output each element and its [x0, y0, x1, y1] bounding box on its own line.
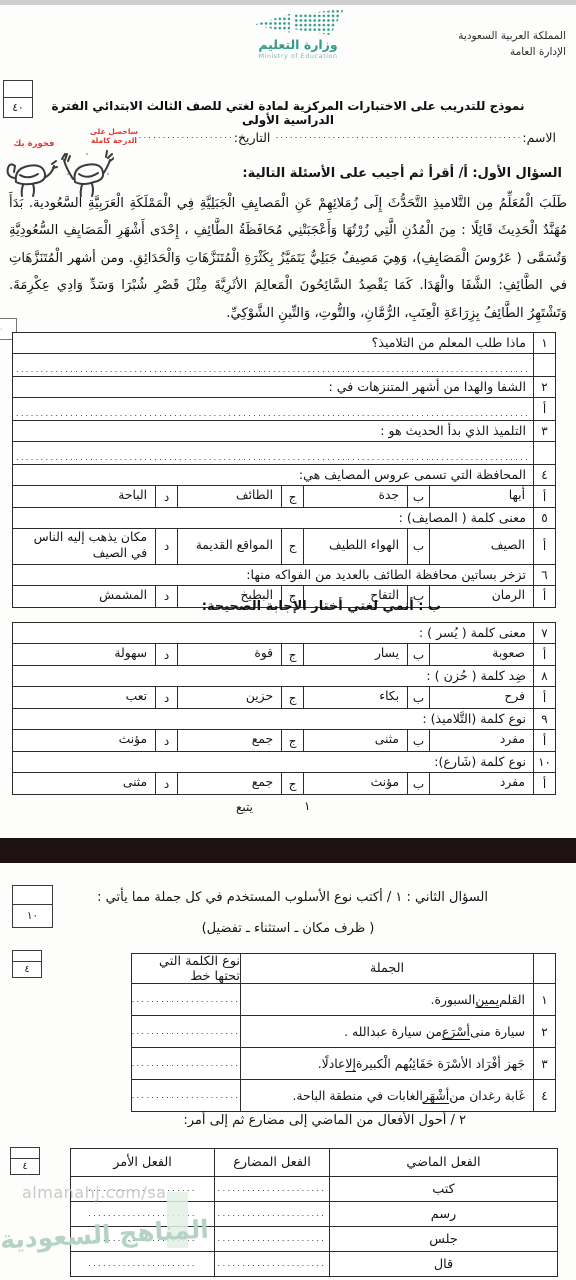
verb-conjugation-table: الفعل الماضيالفعل المضارعالفعل الأمركتب.… [70, 1148, 558, 1277]
answer-row: أ.......................................… [13, 398, 555, 421]
name-input-line[interactable]: ........................................… [274, 131, 522, 142]
past-column-header: الفعل الماضي [329, 1149, 557, 1176]
ministry-name-english: Ministry of Education [238, 52, 358, 60]
motivation-note-right: ساحصل على الدرجة كاملة [88, 127, 140, 146]
option-label: ج [281, 773, 303, 794]
sentence-text: القلم يمين السبورة. [240, 984, 533, 1015]
option-cell[interactable]: جدة [303, 486, 407, 507]
question-number: ٤ [533, 465, 555, 485]
past-verb: كتب [329, 1177, 557, 1201]
option-label: د [155, 586, 177, 607]
option-label: ب [407, 730, 429, 751]
option-label: أ [533, 529, 555, 564]
question-row: ٤المحافظة التي تسمى عروس المصايف هي: [13, 465, 555, 486]
option-cell[interactable]: مكان يذهب إليه الناس في الصيف [13, 529, 155, 564]
past-verb: قال [329, 1252, 557, 1276]
option-cell[interactable]: مفرد [429, 773, 533, 794]
score-box-empty-cell [13, 886, 52, 905]
option-cell[interactable]: الرمان [429, 586, 533, 607]
option-label: د [155, 773, 177, 794]
question-row: ٣التلميذ الذي بدأ الحديث هو : [13, 421, 555, 442]
sentence-row: ١القلم يمين السبورة.....................… [132, 984, 555, 1016]
option-label: أ [533, 644, 555, 665]
option-cell[interactable]: الباحة [13, 486, 155, 507]
comprehension-table: ١ماذا طلب المعلم من التلاميذ؟...........… [12, 332, 556, 608]
question-number: ٢ [533, 377, 555, 397]
question-text: الشفا والهدا من أشهر المتنزهات في : [13, 377, 533, 397]
style-identification-table: الجملةنوع الكلمة التي تحتها خط١القلم يمي… [131, 953, 556, 1112]
present-column-header: الفعل المضارع [214, 1149, 329, 1176]
past-verb: رسم [329, 1202, 557, 1226]
style-answer-line[interactable]: ...................... [132, 1048, 240, 1079]
style-answer-line[interactable]: ...................... [132, 984, 240, 1015]
option-cell[interactable]: صعوبة [429, 644, 533, 665]
underlined-word: إلا [345, 1056, 356, 1071]
page-separator-band [0, 838, 576, 863]
option-cell[interactable]: جمع [177, 773, 281, 794]
question-row: ١ماذا طلب المعلم من التلاميذ؟ [13, 333, 555, 354]
verbs-table-header-row: الفعل الماضيالفعل المضارعالفعل الأمر [71, 1149, 557, 1177]
question-number: ٣ [533, 421, 555, 441]
question-row: ٢الشفا والهدا من أشهر المتنزهات في : [13, 377, 555, 398]
option-label: أ [533, 773, 555, 794]
sentence-column-header: الجملة [240, 954, 533, 983]
option-cell[interactable]: المواقع القديمة [177, 529, 281, 564]
option-label: ج [281, 644, 303, 665]
option-label: أ [533, 687, 555, 708]
answer-column-header: نوع الكلمة التي تحتها خط [132, 954, 240, 983]
option-label: د [155, 687, 177, 708]
exam-title: نموذج للتدريب على الاختبارات المركزية لم… [34, 99, 542, 127]
score-box-empty-cell [4, 81, 32, 98]
sentence-row: ٢سيارة منى أسْرَع من سيارة عبدالله .....… [132, 1016, 555, 1048]
watermark-url: almanahj.com/sa [22, 1183, 166, 1202]
section2-part2-heading: ٢ / أحول الأفعال من الماضي إلى مضارع ثم … [183, 1113, 466, 1128]
option-label: أ [533, 586, 555, 607]
options-row: أالصيفبالهواء اللطيفجالمواقع القديمةدمكا… [13, 529, 555, 565]
question-number: ٩ [533, 709, 555, 729]
options-row: أمفردبمؤنثججمعدمثنى [13, 773, 555, 794]
answer-row: ........................................… [13, 442, 555, 465]
verbs-table-score-box: ٤ [10, 1147, 40, 1175]
sentence-number: ٣ [533, 1048, 555, 1079]
style-table-score-value: ٤ [13, 962, 41, 977]
option-label: ج [281, 486, 303, 507]
option-cell[interactable]: الصيف [429, 529, 533, 564]
option-label: ج [281, 730, 303, 751]
option-cell[interactable]: يسار [303, 644, 407, 665]
options-row: أصعوبةبيسارجقوةدسهولة [13, 644, 555, 666]
option-cell[interactable]: قوة [177, 644, 281, 665]
option-label: ب [407, 773, 429, 794]
question-text: ماذا طلب المعلم من التلاميذ؟ [13, 333, 533, 353]
option-label: ب [407, 486, 429, 507]
question-row: ٩نوع كلمة (التَّلاميذ) : [13, 709, 555, 730]
sentence-row: ٣جَهز أفْرَاد الأسْرَة حَقَائِبُهم الْكب… [132, 1048, 555, 1080]
answer-label [533, 354, 555, 376]
question-text: تزخر بساتين محافظة الطائف بالعديد من الف… [13, 565, 533, 585]
question-row: ١٠نوع كلمة (شَارع): [13, 752, 555, 773]
option-cell[interactable]: جمع [177, 730, 281, 751]
question-text: معنى كلمة ( المصايف) : [13, 508, 533, 528]
motivation-note-left: فخورة بك [6, 139, 62, 150]
style-table-header-row: الجملةنوع الكلمة التي تحتها خط [132, 954, 555, 984]
page-number: ١ [304, 799, 310, 813]
score-box-empty-cell [13, 951, 41, 962]
question-row: ٥معنى كلمة ( المصايف) : [13, 508, 555, 529]
question-row: ٦تزخر بساتين محافظة الطائف بالعديد من ال… [13, 565, 555, 586]
present-answer-line[interactable]: ...................... [214, 1252, 329, 1276]
present-answer-line[interactable]: ...................... [214, 1202, 329, 1226]
header-number-cell [533, 954, 555, 983]
student-info-line: الاسم:..................................… [134, 130, 556, 145]
question-text: التلميذ الذي بدأ الحديث هو : [13, 421, 533, 441]
reading-passage: طَلَبَ الْمُعَلِّمُ مِن التَّلاميذِ التَ… [9, 190, 567, 327]
options-row: أمفردبمثنىججمعدمؤنث [13, 730, 555, 752]
answer-line[interactable]: ........................................… [13, 398, 533, 420]
option-cell[interactable]: بكاء [303, 687, 407, 708]
kingdom-label: المملكة العربية السعودية [458, 28, 566, 44]
question-number: ٦ [533, 565, 555, 585]
option-label: أ [533, 486, 555, 507]
question-text: نوع كلمة (التَّلاميذ) : [13, 709, 533, 729]
section2-heading: السؤال الثاني : ١ / أكتب نوع الأسلوب الم… [97, 890, 488, 905]
verb-row: قال.....................................… [71, 1252, 557, 1276]
option-cell[interactable]: تعب [13, 687, 155, 708]
date-input-line[interactable]: ........................................… [134, 131, 234, 142]
option-cell[interactable]: سهولة [13, 644, 155, 665]
part-b-heading: ب : أنمي لغتي أختار الإجابة الصحيحة: [202, 599, 441, 614]
answer-row: ........................................… [13, 354, 555, 377]
administration-label: الإدارة العامة [458, 44, 566, 60]
style-answer-line[interactable]: ...................... [132, 1016, 240, 1047]
total-score-value: ٤٠ [4, 98, 32, 117]
option-label: د [155, 644, 177, 665]
question-text: نوع كلمة (شَارع): [13, 752, 533, 772]
answer-label: أ [533, 398, 555, 420]
sentence-number: ١ [533, 984, 555, 1015]
question-text: ضِد كلمة ( حُزن ) : [13, 666, 533, 686]
answer-label [533, 442, 555, 464]
option-cell[interactable]: الهواء اللطيف [303, 529, 407, 564]
ministry-name-arabic: وزارة التعليم [238, 37, 358, 52]
ministry-logo-icon [250, 9, 346, 35]
past-verb: جلس [329, 1227, 557, 1251]
sentence-number: ٢ [533, 1016, 555, 1047]
question-row: ٧معنى كلمة ( يُسر ) : [13, 623, 555, 644]
style-answer-line[interactable]: ...................... [132, 1080, 240, 1111]
total-score-box: ٤٠ [3, 80, 33, 118]
continued-label: يتبع [236, 800, 253, 814]
question-row: ٨ضِد كلمة ( حُزن ) : [13, 666, 555, 687]
option-cell[interactable]: مثنى [13, 773, 155, 794]
question-number: ٥ [533, 508, 555, 528]
underlined-word: يمين [475, 992, 499, 1007]
sentence-row: ٤غَابة رغدان من أشْهَر الغابات في منطقة … [132, 1080, 555, 1111]
question-text: معنى كلمة ( يُسر ) : [13, 623, 533, 643]
sentence-number: ٤ [533, 1080, 555, 1111]
imperative-answer-line[interactable]: ...................... [71, 1252, 214, 1276]
option-label: د [155, 486, 177, 507]
option-cell[interactable]: مفرد [429, 730, 533, 751]
option-cell[interactable]: مؤنث [13, 730, 155, 751]
option-label: ب [407, 687, 429, 708]
question-number: ١ [533, 333, 555, 353]
date-label: التاريخ: [234, 130, 271, 145]
section1-heading: السؤال الأول: أ/ أقرأ ثم أجيب على الأسئل… [242, 166, 562, 181]
question-number: ٧ [533, 623, 555, 643]
option-label: د [155, 730, 177, 751]
options-row: أأبهابجدةجالطائفدالباحة [13, 486, 555, 508]
question-number: ٨ [533, 666, 555, 686]
sentence-text: جَهز أفْرَاد الأسْرَة حَقَائِبُهم الْكبي… [240, 1048, 533, 1079]
option-label: ب [407, 529, 429, 564]
sentence-text: غَابة رغدان من أشْهَر الغابات في منطقة ا… [240, 1080, 533, 1111]
option-label: ج [281, 529, 303, 564]
present-answer-line[interactable]: ...................... [214, 1227, 329, 1251]
options-row: أفرحببكاءجحزيندتعب [13, 687, 555, 709]
option-label: أ [533, 730, 555, 751]
mcq-table: ٧معنى كلمة ( يُسر ) :أصعوبةبيسارجقوةدسهو… [12, 622, 556, 795]
option-cell[interactable]: الطائف [177, 486, 281, 507]
option-cell[interactable]: مثنى [303, 730, 407, 751]
answer-line[interactable]: ........................................… [13, 442, 533, 464]
option-cell[interactable]: المشمش [13, 586, 155, 607]
option-cell[interactable]: أبها [429, 486, 533, 507]
option-label: ج [281, 687, 303, 708]
option-cell[interactable]: فرح [429, 687, 533, 708]
present-answer-line[interactable]: ...................... [214, 1177, 329, 1201]
scan-edge-strip [0, 0, 576, 5]
header-country-block: المملكة العربية السعودية الإدارة العامة [458, 28, 566, 61]
style-table-score-box: ٤ [12, 950, 42, 978]
option-label: ب [407, 644, 429, 665]
question-text: المحافظة التي تسمى عروس المصايف هي: [13, 465, 533, 485]
section2-options-hint: ( ظرف مكان ـ استثناء ـ تفضيل) [0, 921, 576, 936]
sentence-text: سيارة منى أسْرَع من سيارة عبدالله . [240, 1016, 533, 1047]
imperative-column-header: الفعل الأمر [71, 1149, 214, 1176]
underlined-word: أشْهَر [423, 1088, 449, 1103]
option-cell[interactable]: مؤنث [303, 773, 407, 794]
answer-line[interactable]: ........................................… [13, 354, 533, 376]
score-box-empty-cell [11, 1148, 39, 1159]
ministry-logo: وزارة التعليم Ministry of Education [238, 9, 358, 60]
underlined-word: أسْرَع [442, 1024, 470, 1039]
verbs-table-score-value: ٤ [11, 1159, 39, 1174]
name-label: الاسم: [522, 130, 556, 145]
question-number: ١٠ [533, 752, 555, 772]
option-label: د [155, 529, 177, 564]
option-cell[interactable]: حزين [177, 687, 281, 708]
